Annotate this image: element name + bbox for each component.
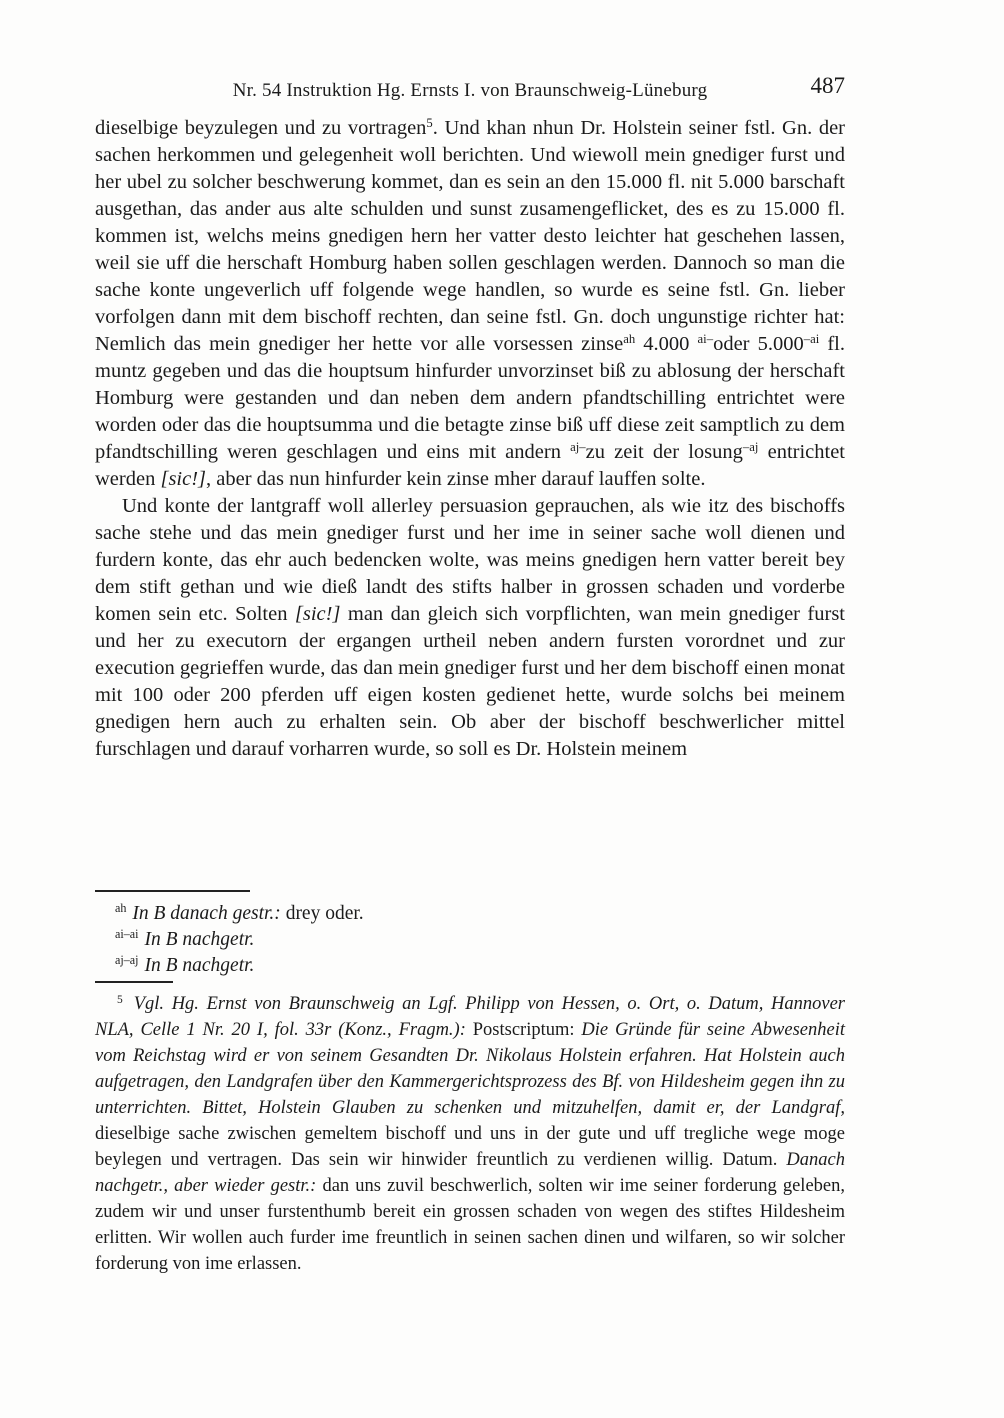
apparatus-ref-ai-close: –ai [804, 332, 820, 346]
apparatus-note-aj: aj–ajIn B nachgetr. [95, 953, 845, 979]
text-segment: oder 5.000 [713, 333, 804, 355]
apparatus-ref-aj-close: –aj [743, 440, 759, 454]
running-header: Nr. 54 Instruktion Hg. Ernsts I. von Bra… [95, 80, 845, 102]
body-paragraph-1: dieselbige beyzulegen und zu vortragen5.… [95, 115, 845, 493]
footnote-text-segment: Postscriptum: [473, 1020, 582, 1040]
text-segment: dieselbige beyzulegen und zu vortragen [95, 117, 426, 139]
footnote-ref-5: 5 [426, 116, 432, 130]
apparatus-separator-rule [95, 890, 250, 892]
text-frame: Nr. 54 Instruktion Hg. Ernsts I. von Bra… [95, 80, 845, 763]
text-segment: man dan gleich sich vorpflichten, wan me… [95, 603, 845, 760]
running-header-title: Nr. 54 Instruktion Hg. Ernsts I. von Bra… [95, 80, 845, 102]
main-text-block: dieselbige beyzulegen und zu vortragen5.… [95, 115, 845, 763]
text-segment: , aber das nun hinfurder kein zinse mher… [206, 468, 705, 490]
apparatus-note-ai: ai–aiIn B nachgetr. [95, 927, 845, 953]
body-paragraph-2: Und konte der lantgraff woll allerley pe… [95, 493, 845, 763]
apparatus-note-ah: ahIn B danach gestr.: drey oder. [95, 901, 845, 927]
footnote-text-segment: dieselbige sache zwischen gemeltem bisch… [95, 1124, 845, 1170]
critical-apparatus: ahIn B danach gestr.: drey oder. ai–aiIn… [95, 890, 845, 979]
apparatus-text: drey oder. [281, 903, 364, 924]
text-segment: zu zeit der losung [586, 441, 743, 463]
sic-annotation: [sic!] [295, 603, 341, 625]
apparatus-ref-ai-open: ai– [698, 332, 714, 346]
footnote-separator-rule [95, 981, 173, 983]
apparatus-siglum: aj–aj [115, 953, 138, 967]
apparatus-ref-ah: ah [623, 332, 635, 346]
book-page: Nr. 54 Instruktion Hg. Ernsts I. von Bra… [0, 0, 1004, 1418]
text-segment: . Und khan nhun Dr. Holstein seiner fstl… [95, 117, 845, 355]
apparatus-label: In B danach gestr.: [132, 903, 280, 924]
apparatus-siglum: ah [115, 901, 126, 915]
footnote-5-paragraph: 5Vgl. Hg. Ernst von Braunschweig an Lgf.… [95, 991, 845, 1277]
footnote-number: 5 [117, 994, 123, 1006]
apparatus-siglum: ai–ai [115, 927, 138, 941]
text-segment: 4.000 [635, 333, 697, 355]
apparatus-label: In B nachgetr. [144, 929, 254, 950]
sic-annotation: [sic!] [160, 468, 206, 490]
apparatus-ref-aj-open: aj– [570, 440, 586, 454]
footnote-5-block: 5Vgl. Hg. Ernst von Braunschweig an Lgf.… [95, 981, 845, 1277]
page-number: 487 [811, 75, 846, 97]
apparatus-label: In B nachgetr. [144, 955, 254, 976]
